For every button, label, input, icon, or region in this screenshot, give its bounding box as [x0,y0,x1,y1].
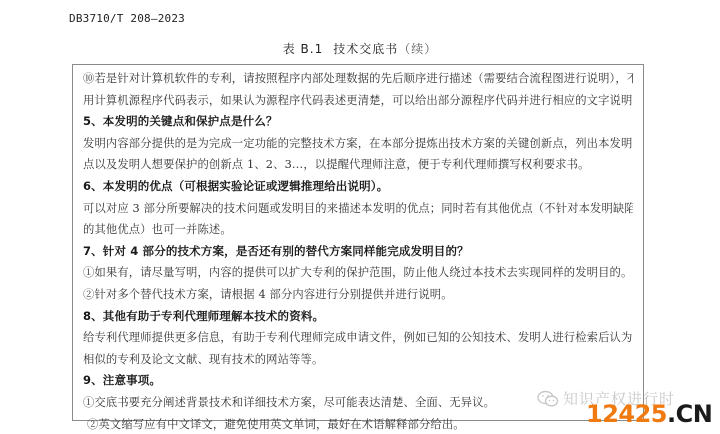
content-line: 用计算机源程序代码表示，如果认为源程序代码表述更清楚，可以给出部分源程序代码并进… [83,90,633,112]
section-heading-5: 5、本发明的关键点和保护点是什么？ [83,111,633,133]
table-title: 表 B.1技术交底书（续） [0,40,720,57]
section-heading-7: 7、针对 4 部分的技术方案，是否还有别的替代方案同样能完成发明目的？ [83,241,633,263]
content-line: 可以对应 3 部分所要解决的技术问题或发明目的来描述本发明的优点；同时若有其他优… [83,198,633,220]
section-heading-8: 8、其他有助于专利代理师理解本技术的资料。 [83,306,633,328]
content-line: 点以及发明人想要保护的创新点 1、2、3…，以提醒代理师注意，便于专利代理师撰写… [83,154,633,176]
content-line: ①如果有，请尽量写明，内容的提供可以扩大专利的保护范围，防止他人绕过本技术去实现… [83,262,633,284]
site-digits: 12425 [586,400,667,428]
disclosure-table: ⑩若是针对计算机软件的专利，请按照程序内部处理数据的先后顺序进行描述（需要结合流… [72,64,644,421]
watermark: 知识产权进行时 12425.CN [537,384,720,434]
table-continued-label: （续） [398,42,437,56]
table-number: 表 B.1 [283,42,324,56]
content-line: ⑩若是针对计算机软件的专利，请按照程序内部处理数据的先后顺序进行描述（需要结合流… [83,68,633,90]
content-line: 给专利代理师提供更多信息，有助于专利代理师完成申请文件，例如已知的公知技术、发明… [83,327,633,349]
content-line: 相似的专利及论文文献、现有技术的网站等等。 [83,349,633,371]
table-title-text: 技术交底书 [333,42,398,56]
document-id: DB3710/T 208—2023 [69,12,185,25]
site-tld: .CN [667,400,712,428]
content-line: ②针对多个替代技术方案，请根据 4 部分内容进行分别提供并进行说明。 [83,284,633,306]
watermark-site-logo: 12425.CN [586,400,712,428]
content-line: 发明内容部分提供的是为完成一定功能的完整技术方案，在本部分提炼出技术方案的关键创… [83,133,633,155]
content-line: 的其他优点）也可一并陈述。 [83,219,633,241]
wechat-icon [537,390,559,408]
section-heading-6: 6、本发明的优点（可根据实验论证或逻辑推理给出说明）。 [83,176,633,198]
